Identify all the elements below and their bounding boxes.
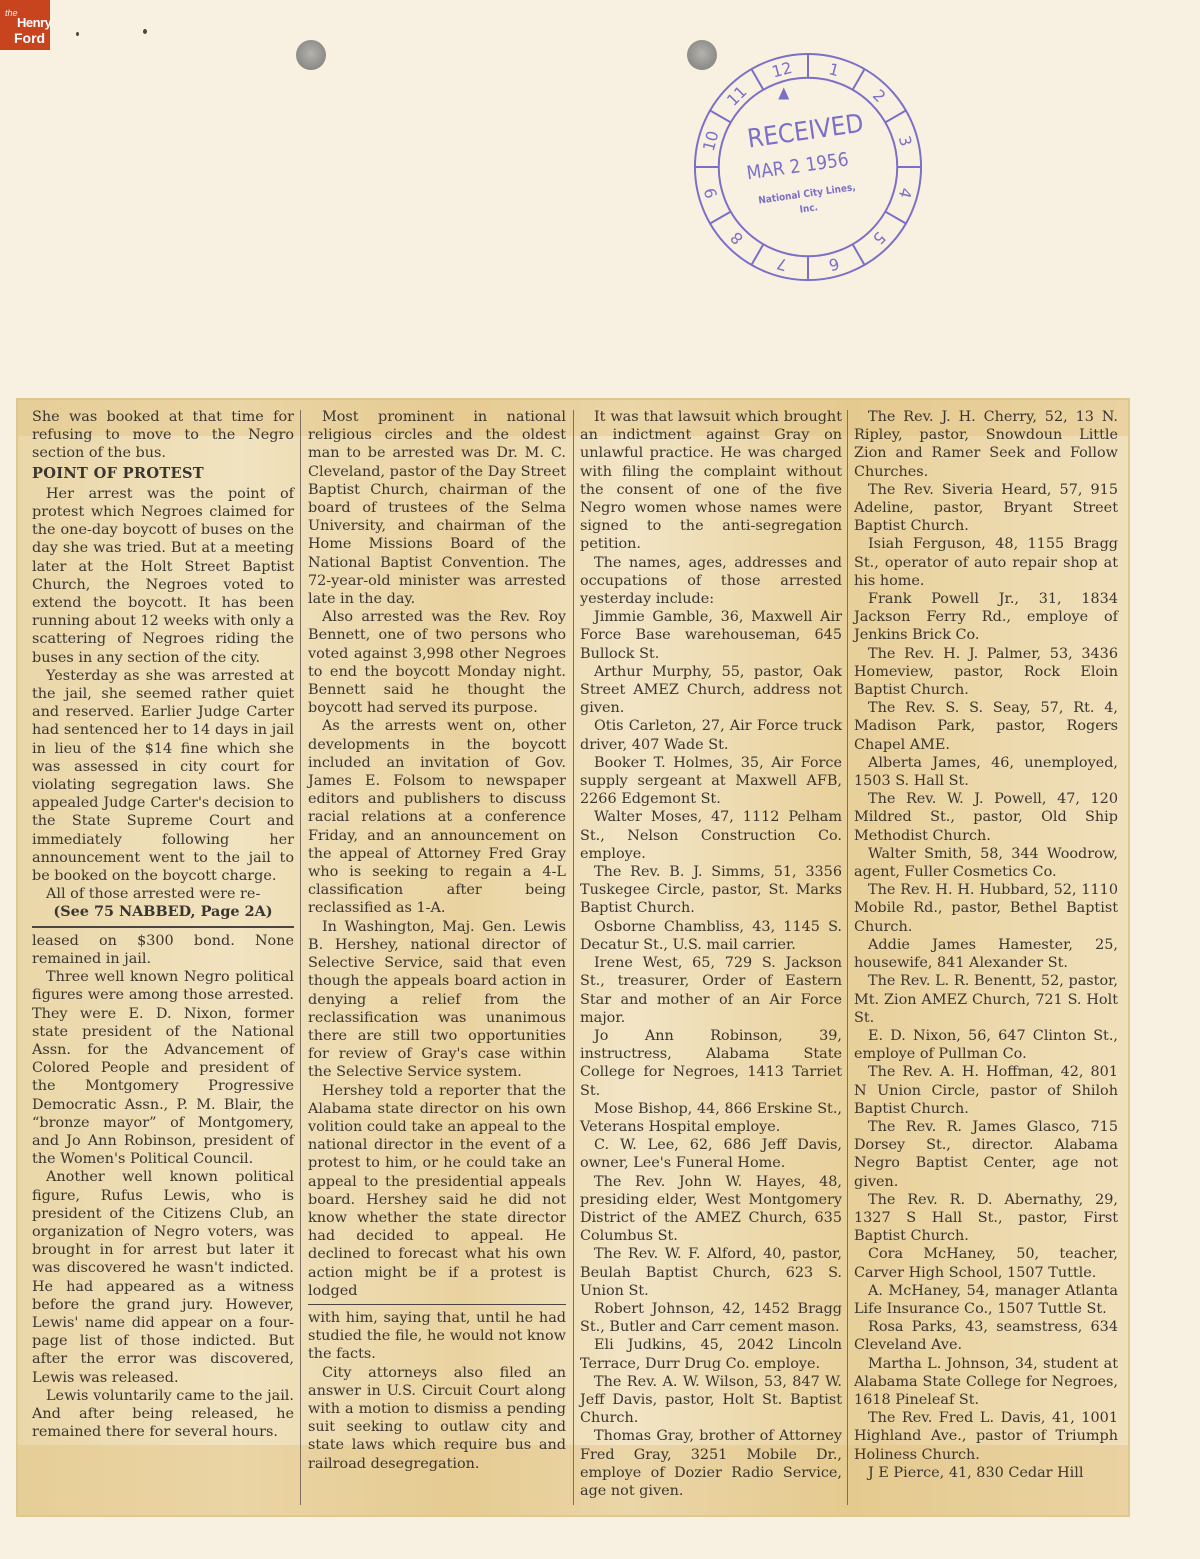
paragraph: Yesterday as she was arrested at the jai…: [32, 667, 294, 885]
svg-text:2: 2: [869, 86, 890, 107]
arrestee-entry: Jimmie Gamble, 36, Maxwell Air Force Bas…: [580, 608, 842, 663]
svg-text:MAR 2 1956: MAR 2 1956: [745, 149, 850, 184]
arrestee-entry: The Rev. H. J. Palmer, 53, 3436 Homeview…: [854, 645, 1118, 700]
arrestee-entry: The Rev. John W. Hayes, 48, presiding el…: [580, 1173, 842, 1246]
svg-text:1: 1: [827, 59, 842, 80]
subheading: POINT OF PROTEST: [32, 465, 294, 483]
arrestee-entry: The Rev. B. J. Simms, 51, 3356 Tuskegee …: [580, 863, 842, 918]
logo-henry: Henry: [17, 16, 51, 29]
arrestee-entry: Thomas Gray, brother of Attorney Fred Gr…: [580, 1427, 842, 1500]
svg-text:RECEIVED: RECEIVED: [746, 109, 866, 155]
paragraph: Also arrested was the Rev. Roy Bennett, …: [308, 608, 566, 717]
arrestee-entry: Cora McHaney, 50, teacher, Carver High S…: [854, 1245, 1118, 1281]
paragraph: It was that lawsuit which brought an ind…: [580, 408, 842, 554]
paragraph: Three well known Negro political figures…: [32, 968, 294, 1168]
svg-text:6: 6: [827, 254, 842, 275]
svg-text:3: 3: [895, 134, 916, 149]
paragraph: The names, ages, addresses and occupatio…: [580, 554, 842, 609]
column-divider: [300, 410, 301, 1505]
paragraph: Hershey told a reporter that the Alabama…: [308, 1082, 566, 1300]
section-rule: [308, 1304, 566, 1305]
logo-the: the: [5, 9, 18, 18]
section-rule: [32, 926, 294, 928]
svg-text:7: 7: [775, 254, 790, 275]
arrestee-entry: Addie James Hamester, 25, housewife, 841…: [854, 936, 1118, 972]
paragraph: Most prominent in national religious cir…: [308, 408, 566, 608]
svg-text:12: 12: [770, 58, 794, 82]
arrestee-entry: Arthur Murphy, 55, pastor, Oak Street AM…: [580, 663, 842, 718]
arrestee-entry: Robert Johnson, 42, 1452 Bragg St., Butl…: [580, 1300, 842, 1336]
arrestee-entry: Isiah Ferguson, 48, 1155 Bragg St., oper…: [854, 535, 1118, 590]
arrestee-entry: Jo Ann Robinson, 39, instructress, Alaba…: [580, 1027, 842, 1100]
arrestee-entry: The Rev. A. H. Hoffman, 42, 801 N Union …: [854, 1063, 1118, 1118]
paragraph: In Washington, Maj. Gen. Lewis B. Hershe…: [308, 918, 566, 1082]
arrestee-entry: A. McHaney, 54, manager Atlanta Life Ins…: [854, 1282, 1118, 1318]
henry-ford-logo[interactable]: the Henry Ford: [0, 0, 50, 50]
svg-text:8: 8: [727, 228, 748, 249]
arrestee-entry: The Rev. Fred L. Davis, 41, 1001 Highlan…: [854, 1409, 1118, 1464]
arrestee-entry: Otis Carleton, 27, Air Force truck drive…: [580, 717, 842, 753]
arrestee-entry: The Rev. Siveria Heard, 57, 915 Adeline,…: [854, 481, 1118, 536]
arrestee-entry: Walter Moses, 47, 1112 Pelham St., Nelso…: [580, 808, 842, 863]
paper-speck: [76, 32, 79, 36]
arrestee-entry: Martha L. Johnson, 34, student at Alabam…: [854, 1355, 1118, 1410]
svg-text:Inc.: Inc.: [799, 202, 819, 215]
arrestee-entry: Eli Judkins, 45, 2042 Lincoln Terrace, D…: [580, 1336, 842, 1372]
article-column-2: Most prominent in national religious cir…: [308, 408, 566, 1473]
svg-text:4: 4: [895, 186, 916, 201]
arrestee-entry: Osborne Chambliss, 43, 1145 S. Decatur S…: [580, 918, 842, 954]
arrestee-entry: The Rev. R. D. Abernathy, 29, 1327 S Hal…: [854, 1191, 1118, 1246]
arrest-list: Jimmie Gamble, 36, Maxwell Air Force Bas…: [580, 608, 842, 1500]
newspaper-clipping: She was booked at that time for refusing…: [18, 400, 1128, 1515]
received-stamp: 121234567891011 ▲ RECEIVED MAR 2 1956 Na…: [689, 48, 927, 286]
column-divider: [573, 410, 574, 1505]
arrestee-entry: Booker T. Holmes, 35, Air Force supply s…: [580, 754, 842, 809]
arrestee-entry: J E Pierce, 41, 830 Cedar Hill: [854, 1464, 1118, 1482]
column-divider: [847, 410, 848, 1505]
arrestee-entry: C. W. Lee, 62, 686 Jeff Davis, owner, Le…: [580, 1136, 842, 1172]
paragraph: Another well known political figure, Ruf…: [32, 1168, 294, 1386]
arrestee-entry: Walter Smith, 58, 344 Woodrow, agent, Fu…: [854, 845, 1118, 881]
arrestee-entry: The Rev. A. W. Wilson, 53, 847 W. Jeff D…: [580, 1373, 842, 1428]
arrestee-entry: Irene West, 65, 729 S. Jackson St., trea…: [580, 954, 842, 1027]
svg-text:10: 10: [699, 129, 723, 153]
jump-line: (See 75 NABBED, Page 2A): [32, 903, 294, 921]
arrestee-entry: The Rev. W. J. Powell, 47, 120 Mildred S…: [854, 790, 1118, 845]
svg-text:5: 5: [869, 228, 890, 249]
arrestee-entry: The Rev. W. F. Alford, 40, pastor, Beula…: [580, 1245, 842, 1300]
arrestee-entry: E. D. Nixon, 56, 647 Clinton St., employ…: [854, 1027, 1118, 1063]
svg-text:9: 9: [700, 186, 721, 201]
article-column-4: The Rev. J. H. Cherry, 52, 13 N. Ripley,…: [854, 408, 1118, 1482]
logo-ford: Ford: [14, 31, 45, 45]
article-column-3: It was that lawsuit which brought an ind…: [580, 408, 842, 1500]
paper-speck: [143, 29, 147, 34]
arrestee-entry: Mose Bishop, 44, 866 Erskine St., Vetera…: [580, 1100, 842, 1136]
binder-hole-left: [296, 40, 326, 70]
arrestee-entry: The Rev. J. H. Cherry, 52, 13 N. Ripley,…: [854, 408, 1118, 481]
arrestee-entry: Rosa Parks, 43, seamstress, 634 Clevelan…: [854, 1318, 1118, 1354]
paragraph: All of those arrested were re-: [32, 885, 294, 903]
paragraph: She was booked at that time for refusing…: [32, 408, 294, 463]
received-stamp-icon: 121234567891011 ▲ RECEIVED MAR 2 1956 Na…: [689, 48, 927, 286]
paragraph: As the arrests went on, other developmen…: [308, 717, 566, 917]
svg-text:▲: ▲: [778, 83, 789, 102]
paragraph: City attorneys also filed an answer in U…: [308, 1364, 566, 1473]
arrestee-entry: The Rev. S. S. Seay, 57, Rt. 4, Madison …: [854, 699, 1118, 754]
article-column-1: She was booked at that time for refusing…: [32, 408, 294, 1441]
svg-text:11: 11: [723, 82, 751, 110]
arrestee-entry: Frank Powell Jr., 31, 1834 Jackson Ferry…: [854, 590, 1118, 645]
paragraph: leased on $300 bond. None remained in ja…: [32, 932, 294, 968]
arrestee-entry: The Rev. H. H. Hubbard, 52, 1110 Mobile …: [854, 881, 1118, 936]
arrestee-entry: Alberta James, 46, unemployed, 1503 S. H…: [854, 754, 1118, 790]
paragraph: with him, saying that, until he had stud…: [308, 1309, 566, 1364]
arrest-list: The Rev. J. H. Cherry, 52, 13 N. Ripley,…: [854, 408, 1118, 1482]
paragraph: Her arrest was the point of protest whic…: [32, 485, 294, 667]
arrestee-entry: The Rev. R. James Glasco, 715 Dorsey St.…: [854, 1118, 1118, 1191]
arrestee-entry: The Rev. L. R. Benentt, 52, pastor, Mt. …: [854, 972, 1118, 1027]
paragraph: Lewis voluntarily came to the jail. And …: [32, 1387, 294, 1442]
